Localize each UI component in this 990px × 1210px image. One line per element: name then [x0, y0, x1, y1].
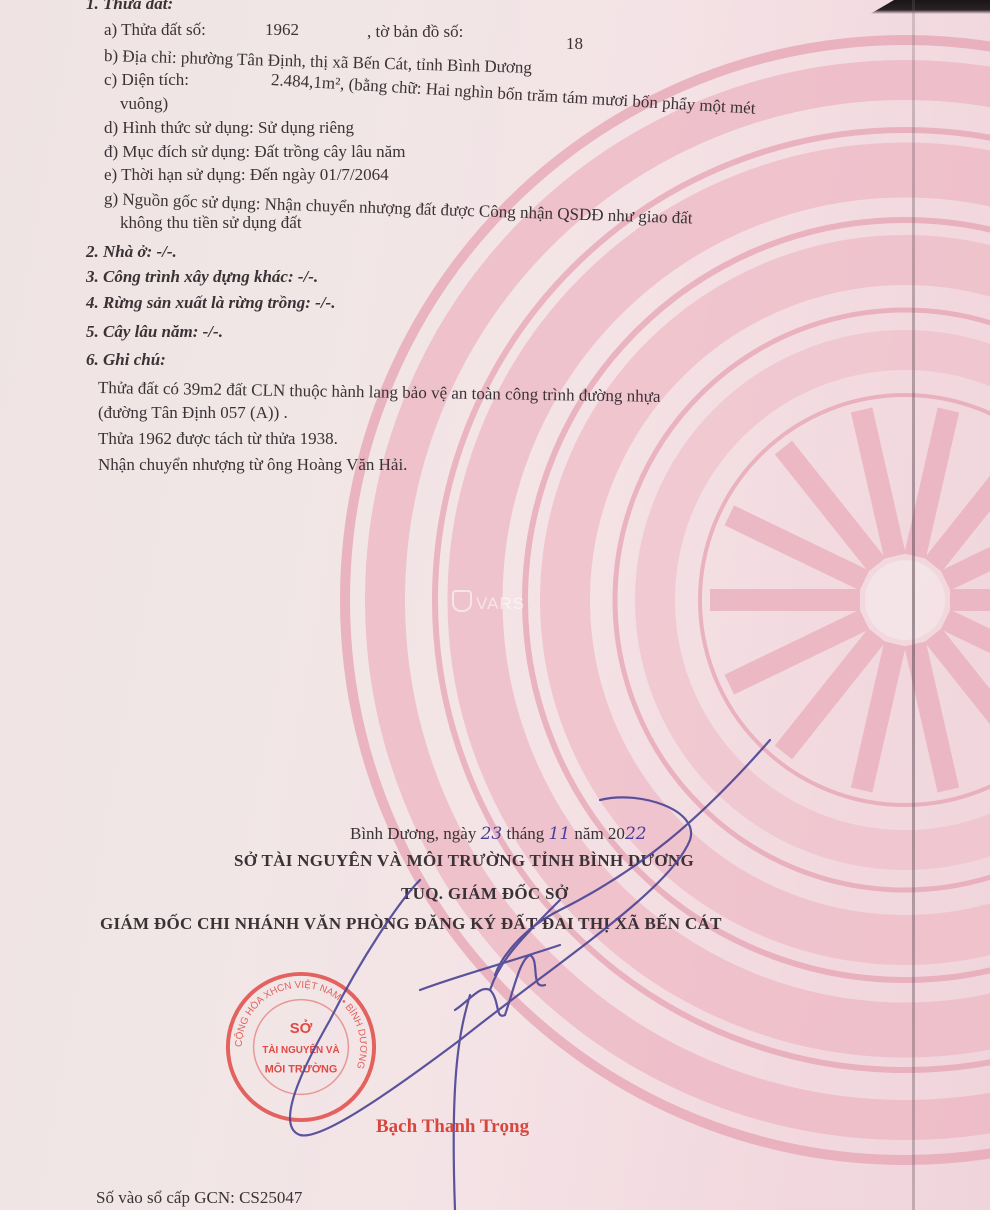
land-certificate-page: VARS 1. Thửa đất: a) Thửa đất số: 1962 ,… — [0, 0, 990, 1210]
certificate-register-number: Số vào sổ cấp GCN: CS25047 — [96, 1188, 302, 1208]
handwritten-signature — [0, 0, 990, 1210]
signer-name: Bạch Thanh Trọng — [376, 1116, 529, 1138]
